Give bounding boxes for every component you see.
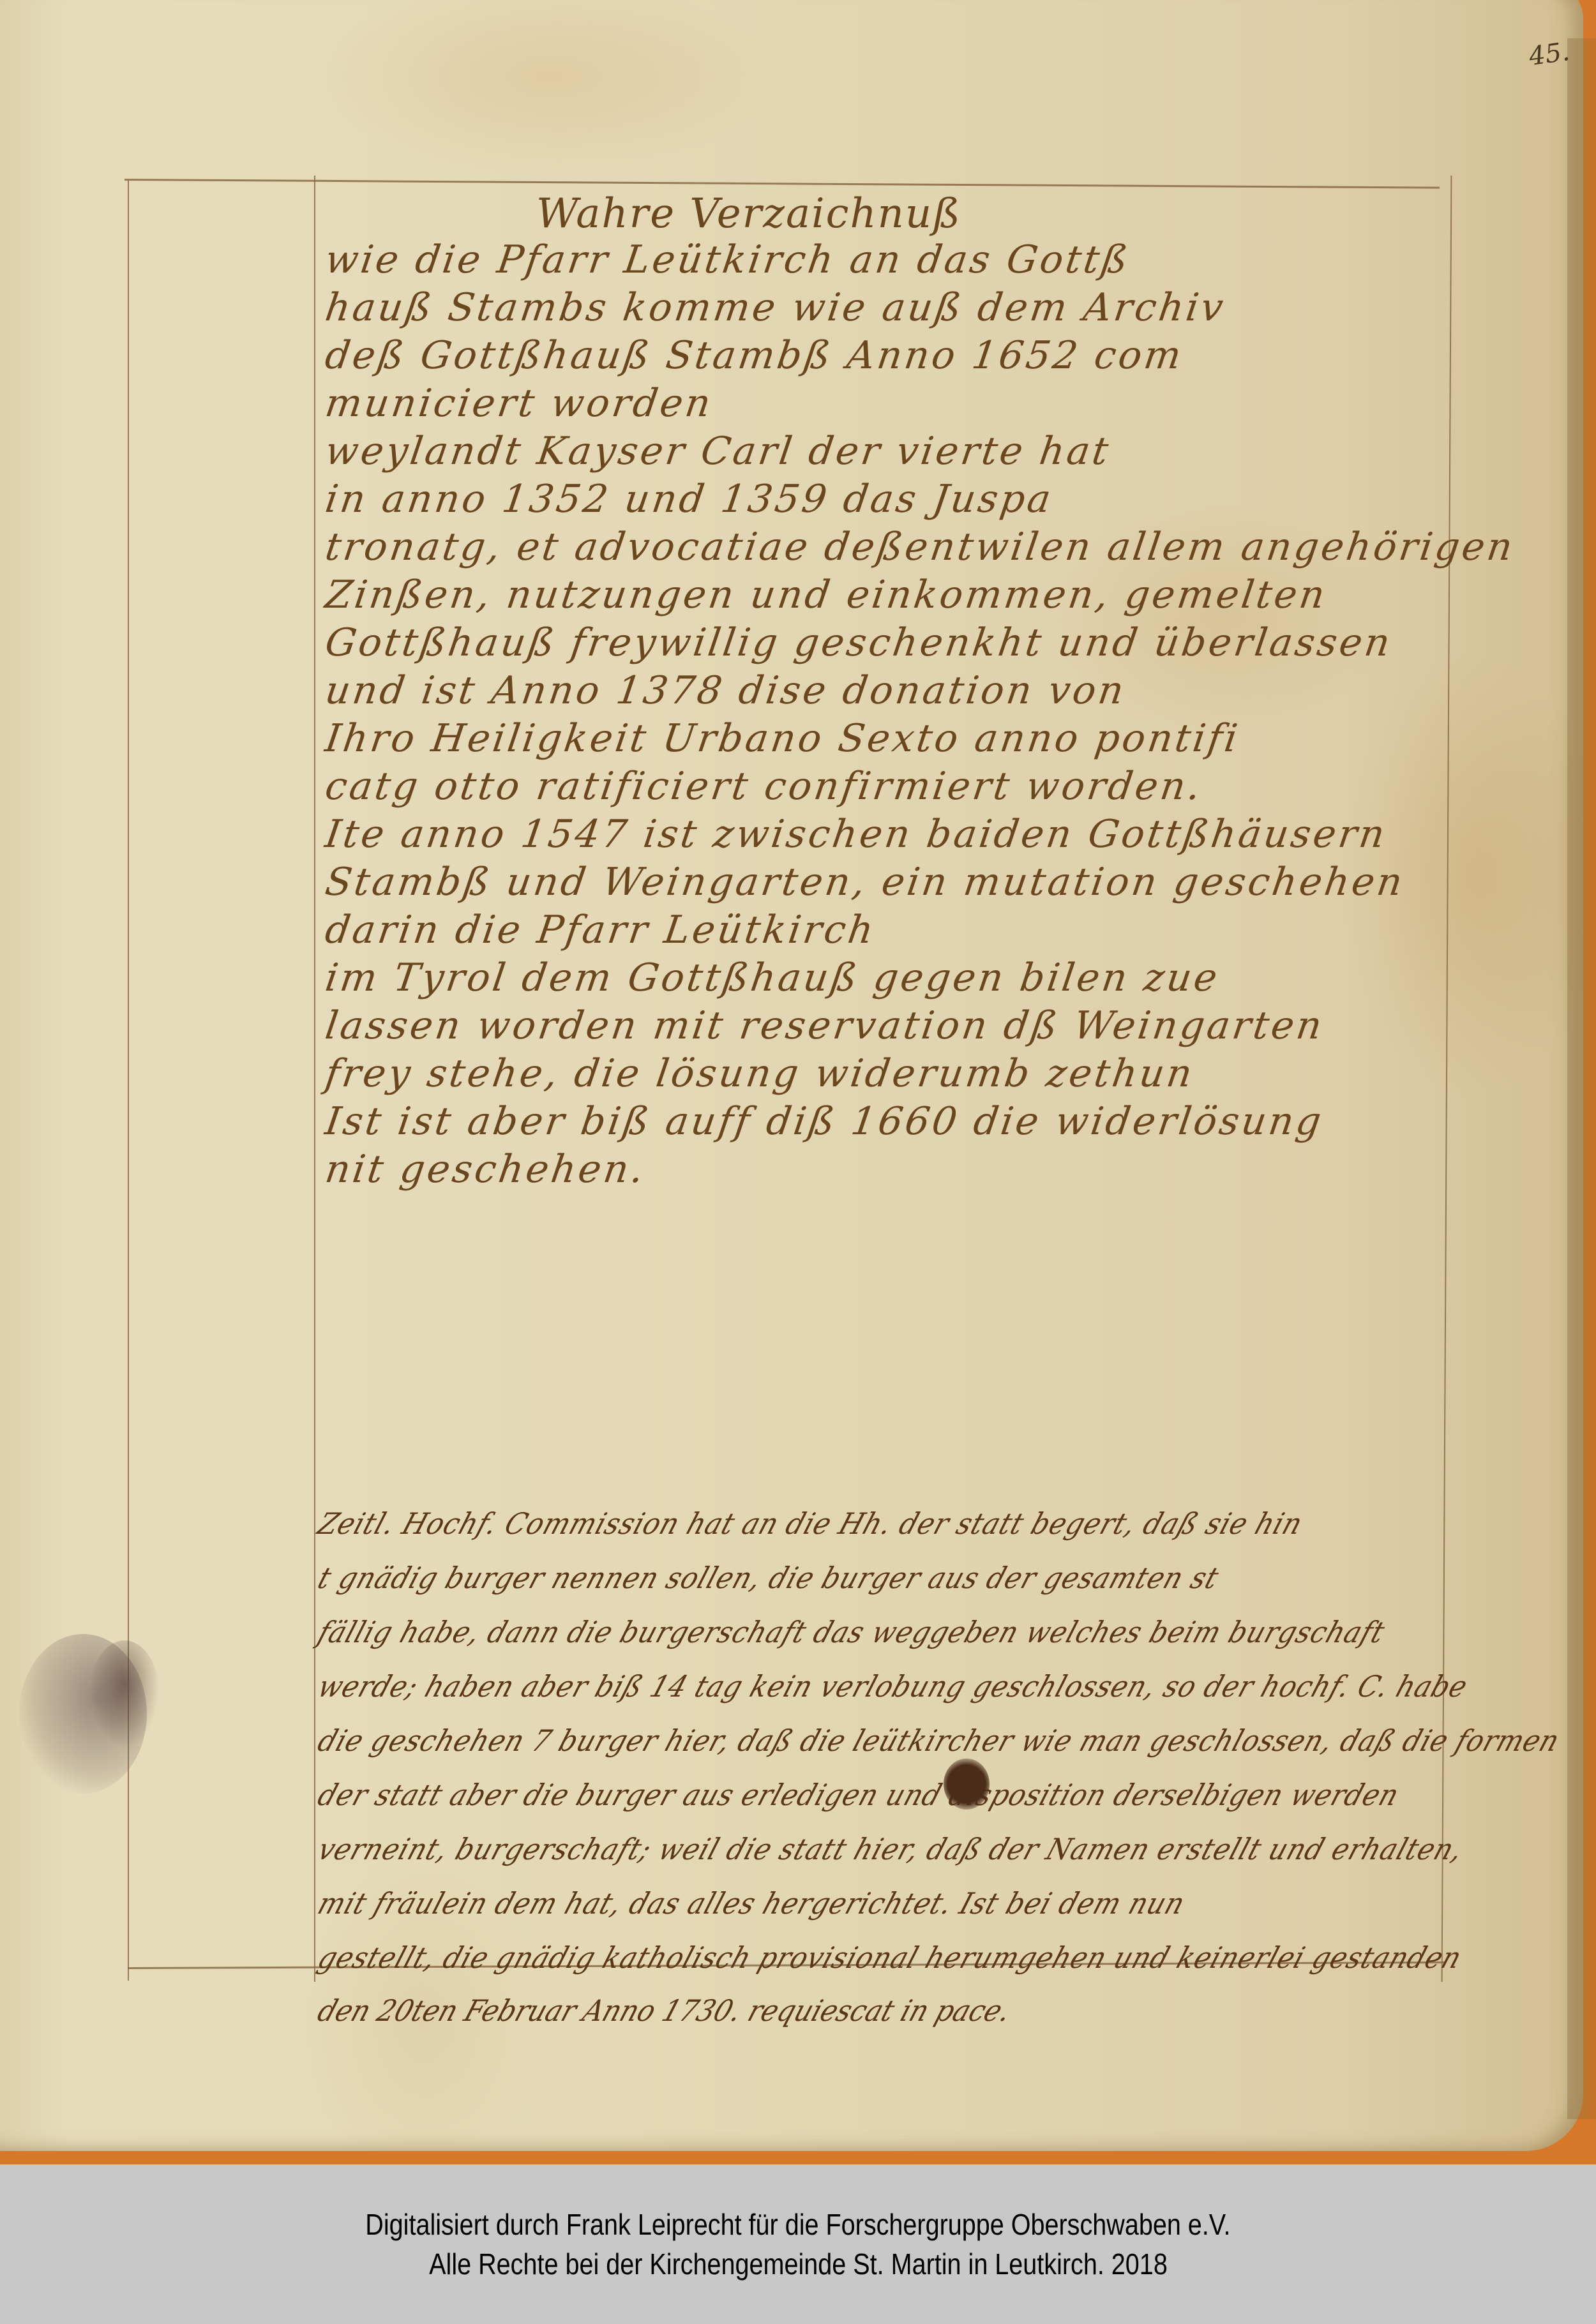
text-line: tronatg, et advocatiae deßentwilen allem… (322, 523, 1466, 571)
text-line: weylandt Kayser Carl der vierte hat (322, 428, 1466, 476)
text-line: darin die Pfarr Leütkirch (322, 906, 1466, 954)
text-line: deß Gottßhauß Stambß Anno 1652 com (322, 332, 1466, 380)
date-line: den 20ten Februar Anno 1730. requiescat … (313, 1991, 1016, 2030)
text-line: municiert worden (322, 380, 1466, 428)
upper-text-block: Wahre Verzaichnuß wie die Pfarr Leütkirc… (326, 191, 1462, 1194)
text-line: Zinßen, nutzungen und einkommen, gemelte… (322, 571, 1466, 619)
text-line: in anno 1352 und 1359 das Juspa (322, 476, 1466, 523)
digitization-caption: Digitalisiert durch Frank Leiprecht für … (0, 2164, 1596, 2324)
text-line: der statt aber die burger aus erledigen … (310, 1768, 1379, 1822)
text-line: im Tyrol dem Gottßhauß gegen bilen zue (322, 954, 1466, 1002)
lower-text-block: Zeitl. Hochf. Commission hat an die Hh. … (319, 1497, 1462, 1985)
text-line: wie die Pfarr Leütkirch an das Gottß (322, 236, 1466, 284)
block-heading: Wahre Verzaichnuß (326, 191, 1462, 236)
text-line: und ist Anno 1378 dise donation von (322, 667, 1466, 715)
text-line: verneint, burgerschaft; weil die statt h… (310, 1822, 1379, 1877)
text-line: mit fräulein dem hat, das alles hergeric… (310, 1877, 1379, 1931)
text-line: frey stehe, die lösung widerumb zethun (322, 1050, 1466, 1098)
text-line: fällig habe, dann die burgerschaft das w… (310, 1605, 1379, 1660)
folio-number: 45. (1527, 37, 1571, 71)
paper-edge-shadow (1567, 38, 1596, 2119)
text-line: Zeitl. Hochf. Commission hat an die Hh. … (310, 1497, 1379, 1551)
ink-blot (944, 1758, 990, 1810)
text-line: Ite anno 1547 ist zwischen baiden Gottßh… (322, 811, 1466, 858)
text-line: t gnädig burger nennen sollen, die burge… (310, 1551, 1379, 1605)
text-line: Stambß und Weingarten, ein mutation gesc… (322, 858, 1466, 906)
text-line: catg otto ratificiert confirmiert worden… (322, 763, 1466, 811)
caption-line-rights: Alle Rechte bei der Kirchengemeinde St. … (429, 2244, 1168, 2284)
text-line: lassen worden mit reservation dß Weingar… (322, 1002, 1466, 1050)
text-line: nit geschehen. (322, 1146, 1466, 1194)
text-line: die geschehen 7 burger hier, daß die leü… (310, 1714, 1379, 1768)
text-line: Ist ist aber biß auff diß 1660 die wider… (322, 1098, 1466, 1146)
manuscript-scan: 45. Wahre Verzaichnuß wie die Pfarr Leüt… (0, 0, 1596, 2164)
text-line: gestellt, die gnädig katholisch provisio… (310, 1931, 1379, 1985)
text-line: werde; haben aber biß 14 tag kein verlob… (310, 1660, 1379, 1714)
caption-line-digitized-by: Digitalisiert durch Frank Leiprecht für … (365, 2205, 1230, 2244)
ink-stain (89, 1640, 160, 1749)
text-line: hauß Stambs komme wie auß dem Archiv (322, 284, 1466, 332)
text-line: Gottßhauß freywillig geschenkht und über… (322, 619, 1466, 667)
text-line: Ihro Heiligkeit Urbano Sexto anno pontif… (322, 715, 1466, 763)
